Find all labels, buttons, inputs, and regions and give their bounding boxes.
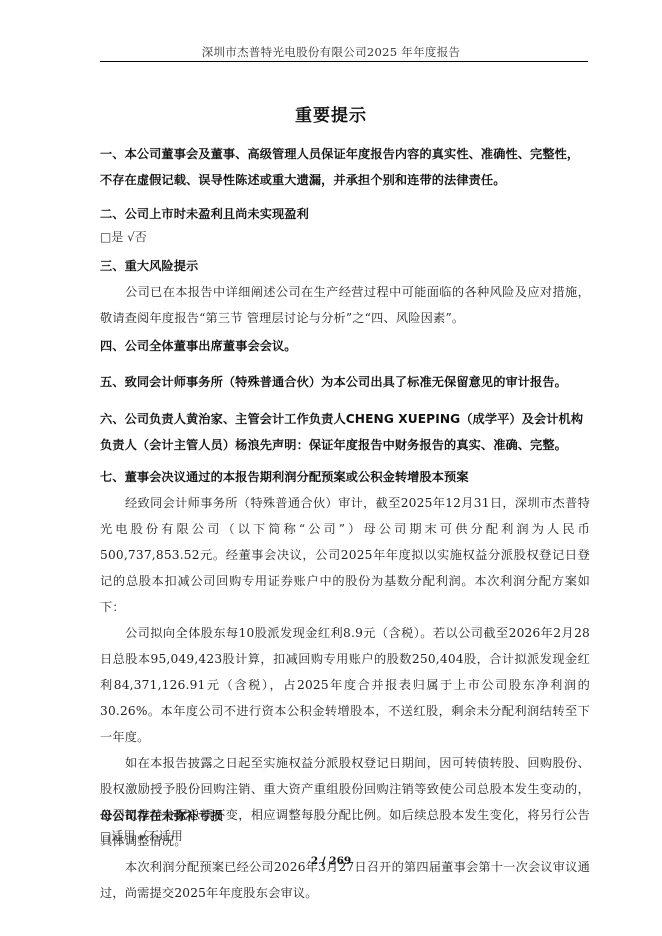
section-6: 六、公司负责人黄治家、主管会计工作负责人CHENG XUEPING（成学平）及会… [100, 406, 590, 458]
running-header: 深圳市杰普特光电股份有限公司2025 年年度报告 [0, 44, 662, 60]
header-rule [100, 61, 588, 62]
section-2-options: □是 √否 [100, 227, 590, 247]
section-8: 母公司存在未弥补亏损 □适用 √不适用 [100, 806, 590, 846]
section-7-paragraph: 公司拟向全体股东每10股派发现金红利8.9元（含税）。若以公司截至2026年2月… [100, 620, 590, 750]
section-7-paragraph: 经致同会计师事务所（特殊普通合伙）审计，截至2025年12月31日，深圳市杰普特… [100, 490, 590, 620]
document-page: 深圳市杰普特光电股份有限公司2025 年年度报告 重要提示 一、本公司董事会及董… [0, 0, 662, 936]
section-5: 五、致同会计师事务所（特殊普通合伙）为本公司出具了标准无保留意见的审计报告。 [100, 369, 590, 395]
section-4: 四、公司全体董事出席董事会会议。 [100, 333, 590, 359]
page-title: 重要提示 [0, 101, 662, 126]
section-3: 三、重大风险提示 公司已在本报告中详细阐述公司在生产经营过程中可能面临的各种风险… [100, 253, 590, 331]
section-1-heading: 一、本公司董事会及董事、高级管理人员保证年度报告内容的真实性、准确性、完整性，不… [100, 141, 590, 193]
section-2: 二、公司上市时未盈利且尚未实现盈利 □是 √否 [100, 201, 590, 247]
page-number: 2 / 269 [0, 855, 662, 867]
section-7-heading: 七、董事会决议通过的本报告期利润分配预案或公积金转增股本预案 [100, 464, 590, 490]
section-8-options: □适用 √不适用 [100, 826, 590, 846]
section-8-heading: 母公司存在未弥补亏损 [100, 806, 590, 826]
section-1: 一、本公司董事会及董事、高级管理人员保证年度报告内容的真实性、准确性、完整性，不… [100, 141, 590, 193]
section-3-body: 公司已在本报告中详细阐述公司在生产经营过程中可能面临的各种风险及应对措施，敬请查… [100, 279, 590, 331]
section-6-heading: 六、公司负责人黄治家、主管会计工作负责人CHENG XUEPING（成学平）及会… [100, 406, 590, 458]
section-5-heading: 五、致同会计师事务所（特殊普通合伙）为本公司出具了标准无保留意见的审计报告。 [100, 369, 590, 395]
section-2-heading: 二、公司上市时未盈利且尚未实现盈利 [100, 201, 590, 227]
section-4-heading: 四、公司全体董事出席董事会会议。 [100, 333, 590, 359]
section-3-heading: 三、重大风险提示 [100, 253, 590, 279]
